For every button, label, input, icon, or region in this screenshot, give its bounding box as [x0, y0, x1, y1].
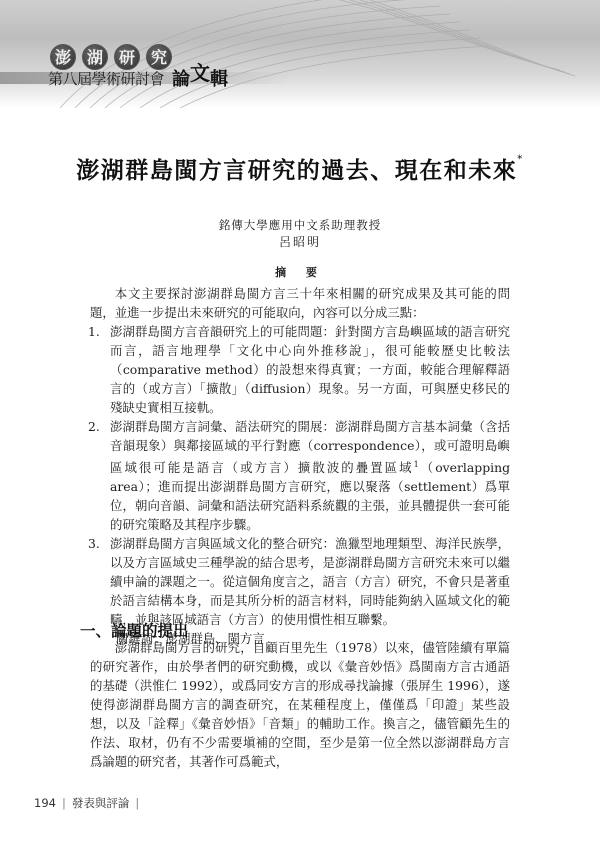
point-number: 3.	[88, 534, 100, 553]
abstract-point: 2. 澎湖群島閩方言詞彙、語法研究的開展：澎湖群島閩方言基本詞彙（含括音韻現象）…	[90, 417, 510, 534]
page-footer: 194|發表與評論|	[34, 795, 145, 811]
logo-char: 究	[146, 44, 172, 70]
logo-char: 研	[114, 44, 140, 70]
title-footnote-mark: *	[517, 154, 524, 165]
abstract-points: 1. 澎湖群島閩方言音韻研究上的可能問題：針對閩方言島嶼區域的語言研究而言，語言…	[90, 322, 510, 629]
title-text: 澎湖群島閩方言研究的過去、現在和未來	[76, 157, 517, 184]
footer-divider: |	[135, 796, 139, 810]
section-body: 澎湖群島閩方言的研究，自顧百里先生（1978）以來，儘管陸續有單篇的研究著作，由…	[90, 638, 510, 771]
point-text: 澎湖群島閩方言音韻研究上的可能問題：針對閩方言島嶼區域的語言研究而言，語言地理學…	[110, 324, 510, 415]
proceedings-char: 文	[190, 61, 210, 85]
point-text: 澎湖群島閩方言與區域文化的整合研究：漁獵型地理類型、海洋民族學，以及方言區域史三…	[110, 536, 510, 627]
logo-char: 澎	[50, 44, 76, 70]
body-paragraph: 澎湖群島閩方言的研究，自顧百里先生（1978）以來，儘管陸續有單篇的研究著作，由…	[90, 638, 510, 771]
proceedings-char: 論	[172, 69, 190, 90]
footer-section-label: 發表與評論	[72, 796, 130, 810]
logo-char: 湖	[82, 44, 108, 70]
journal-logo: 澎 湖 研 究	[50, 44, 172, 70]
abstract-intro: 本文主要探討澎湖群島閩方言三十年來相關的研究成果及其可能的問題，並進一步提出未來…	[90, 284, 510, 322]
author-name: 呂昭明	[0, 233, 600, 250]
header-banner: 澎 湖 研 究 第八屆學術研討會 論文輯	[0, 0, 600, 108]
proceedings-char: 輯	[210, 69, 228, 90]
footer-divider: |	[62, 796, 66, 810]
abstract-point: 1. 澎湖群島閩方言音韻研究上的可能問題：針對閩方言島嶼區域的語言研究而言，語言…	[90, 322, 510, 417]
abstract: 本文主要探討澎湖群島閩方言三十年來相關的研究成果及其可能的問題，並進一步提出未來…	[90, 284, 510, 648]
page-number: 194	[34, 796, 56, 810]
point-number: 2.	[88, 417, 100, 436]
point-number: 1.	[88, 322, 100, 341]
abstract-heading: 摘 要	[0, 264, 600, 280]
author-affiliation: 銘傳大學應用中文系助理教授	[0, 217, 600, 233]
proceedings-label: 論文輯	[172, 62, 228, 91]
abstract-point: 3. 澎湖群島閩方言與區域文化的整合研究：漁獵型地理類型、海洋民族學，以及方言區…	[90, 534, 510, 629]
paper-title: 澎湖群島閩方言研究的過去、現在和未來*	[0, 152, 600, 185]
conference-name: 第八屆學術研討會	[48, 68, 164, 89]
